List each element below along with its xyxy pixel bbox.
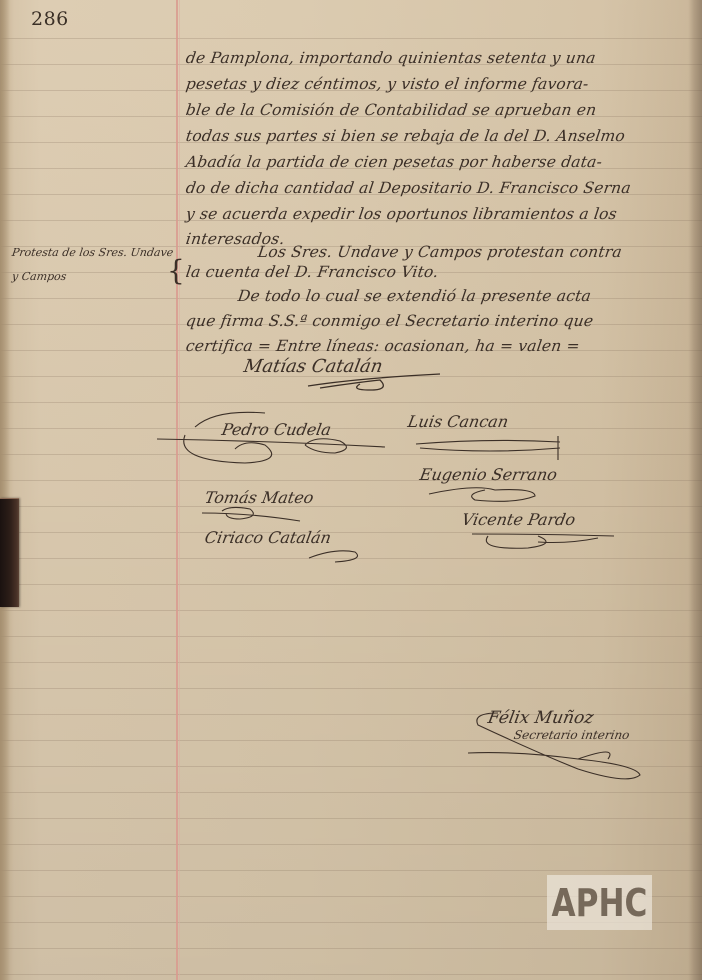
ledger-page: 286 de Pamplona, importando quinientas s… <box>0 0 702 980</box>
body-line: do de dicha cantidad al Depositario D. F… <box>185 179 632 197</box>
signature-flourish <box>155 405 395 470</box>
signature-flourish <box>305 544 375 568</box>
margin-rule-secondary <box>179 0 180 980</box>
margin-brace: { <box>167 254 185 287</box>
body-line: Abadía la partida de cien pesetas por ha… <box>185 153 604 171</box>
body-line: de Pamplona, importando quinientas seten… <box>185 49 597 67</box>
binding-edge <box>0 0 10 980</box>
body-line: pesetas y diez céntimos, y visto el info… <box>185 75 590 93</box>
page-tab-marker <box>0 498 19 607</box>
signature: Vicente Pardo <box>460 510 577 529</box>
signature-flourish <box>458 705 648 785</box>
page-edge-shadow <box>688 0 702 980</box>
signature: Luis Cancan <box>406 412 510 431</box>
margin-note-line: Protesta de los Sres. Undave <box>11 246 174 259</box>
archive-watermark: APHC <box>547 875 652 930</box>
body-line: la cuenta del D. Francisco Vito. <box>185 263 440 281</box>
body-line: y se acuerda expedir los oportunos libra… <box>185 205 618 223</box>
body-line: ble de la Comisión de Contabilidad se ap… <box>185 101 598 119</box>
signature-flourish <box>410 432 570 462</box>
signature-flourish <box>300 368 450 394</box>
body-line: que firma S.S.ª conmigo el Secretario in… <box>185 312 595 330</box>
signature-flourish <box>468 528 618 556</box>
margin-note-line: y Campos <box>11 270 67 283</box>
body-line: todas sus partes si bien se rebaja de la… <box>185 127 627 145</box>
signature-flourish <box>425 482 555 508</box>
page-number: 286 <box>31 8 69 30</box>
body-line: Los Sres. Undave y Campos protestan cont… <box>257 243 623 261</box>
margin-rule <box>176 0 178 980</box>
ruled-lines <box>0 0 702 980</box>
watermark-text: APHC <box>552 881 648 925</box>
signature-flourish <box>200 503 310 527</box>
body-line: certifica = Entre líneas: ocasionan, ha … <box>185 337 581 355</box>
body-line: De todo lo cual se extendió la presente … <box>237 287 593 305</box>
